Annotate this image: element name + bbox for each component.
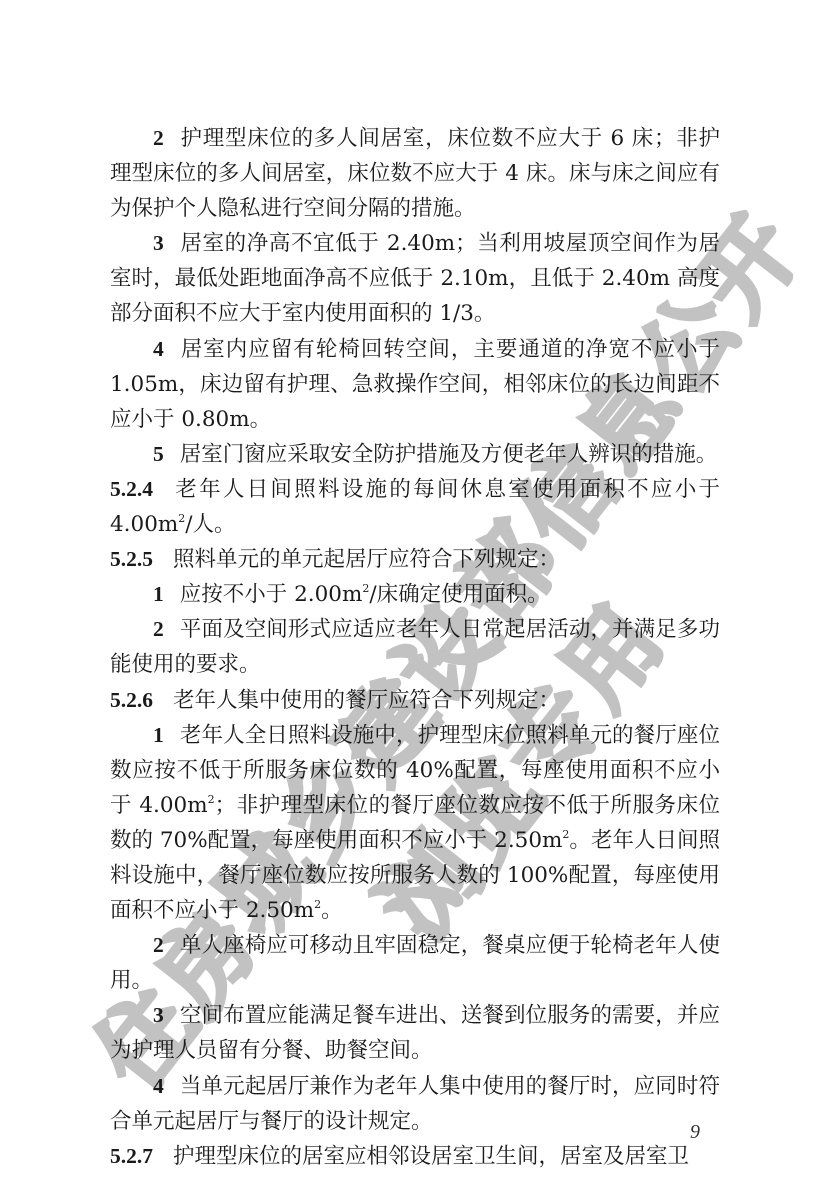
superscript: 2 xyxy=(208,793,215,806)
item-number: 2 xyxy=(153,617,164,641)
item-number: 3 xyxy=(153,1003,164,1027)
clause-number: 5.2.4 xyxy=(110,477,153,501)
clause-number: 5.2.6 xyxy=(110,688,153,712)
item-number: 3 xyxy=(153,231,164,255)
item-text: 平面及空间形式应适应老年人日常起居活动，并满足多功能使用的要求。 xyxy=(110,617,720,677)
clause-text: 护理型床位的居室应相邻设居室卫生间，居室及居室卫 xyxy=(173,1144,689,1169)
item-3-layout: 3空间布置应能满足餐车进出、送餐到位服务的需要，并应为护理人员留有分餐、助餐空间… xyxy=(110,998,720,1068)
item-text: 居室内应留有轮椅回转空间，主要通道的净宽不应小于 1.05m，床边留有护理、急救… xyxy=(110,337,720,432)
clause-text: 老年人集中使用的餐厅应符合下列规定： xyxy=(173,688,560,713)
clause-number: 5.2.5 xyxy=(110,547,153,571)
document-page: 住房城乡建设部信息公开 浏览专用 2护理型床位的多人间居室，床位数不应大于 6 … xyxy=(0,0,827,1198)
clause-number: 5.2.7 xyxy=(110,1144,153,1168)
clause-5-2-4: 5.2.4老年人日间照料设施的每间休息室使用面积不应小于 4.00m2/人。 xyxy=(110,472,720,542)
item-1-living-area: 1应按不小于 2.00m2/床确定使用面积。 xyxy=(110,577,720,612)
page-number: 9 xyxy=(690,1121,700,1144)
item-text: 护理型床位的多人间居室，床位数不应大于 6 床；非护理型床位的多人间居室，床位数… xyxy=(110,126,720,221)
item-5-door-window: 5居室门窗应采取安全防护措施及方便老年人辨识的措施。 xyxy=(110,437,720,472)
item-text: 应按不小于 2.00m xyxy=(180,582,363,607)
item-number: 2 xyxy=(153,933,164,957)
item-text: 空间布置应能满足餐车进出、送餐到位服务的需要，并应为护理人员留有分餐、助餐空间。 xyxy=(110,1003,720,1063)
body-text: 2护理型床位的多人间居室，床位数不应大于 6 床；非护理型床位的多人间居室，床位… xyxy=(110,121,720,1174)
item-text: 单人座椅应可移动且牢固稳定，餐桌应便于轮椅老年人使用。 xyxy=(110,933,720,993)
item-text: 居室门窗应采取安全防护措施及方便老年人辨识的措施。 xyxy=(180,442,718,467)
clause-5-2-6: 5.2.6老年人集中使用的餐厅应符合下列规定： xyxy=(110,683,720,718)
item-4-wheelchair-space: 4居室内应留有轮椅回转空间，主要通道的净宽不应小于 1.05m，床边留有护理、急… xyxy=(110,332,720,437)
item-text: 当单元起居厅兼作为老年人集中使用的餐厅时，应同时符合单元起居厅与餐厅的设计规定。 xyxy=(110,1074,720,1134)
clause-text: 照料单元的单元起居厅应符合下列规定： xyxy=(173,547,560,572)
item-3-room-height: 3居室的净高不宜低于 2.40m；当利用坡屋顶空间作为居室时，最低处距地面净高不… xyxy=(110,226,720,331)
item-text: 居室的净高不宜低于 2.40m；当利用坡屋顶空间作为居室时，最低处距地面净高不应… xyxy=(110,231,720,326)
item-2-chairs: 2单人座椅应可移动且牢固稳定，餐桌应便于轮椅老年人使用。 xyxy=(110,928,720,998)
item-number: 2 xyxy=(153,126,164,150)
item-2-living-form: 2平面及空间形式应适应老年人日常起居活动，并满足多功能使用的要求。 xyxy=(110,612,720,682)
item-number: 1 xyxy=(153,723,164,747)
clause-5-2-5: 5.2.5照料单元的单元起居厅应符合下列规定： xyxy=(110,542,720,577)
item-4-combined-use: 4当单元起居厅兼作为老年人集中使用的餐厅时，应同时符合单元起居厅与餐厅的设计规定… xyxy=(110,1069,720,1139)
item-number: 4 xyxy=(153,337,164,361)
item-number: 5 xyxy=(153,442,164,466)
clause-5-2-7: 5.2.7护理型床位的居室应相邻设居室卫生间，居室及居室卫 xyxy=(110,1139,720,1174)
item-text-tail: /床确定使用面积。 xyxy=(369,582,548,607)
item-number: 4 xyxy=(153,1074,164,1098)
item-text: 。 xyxy=(321,898,343,923)
item-number: 1 xyxy=(153,582,164,606)
item-2-bed-count: 2护理型床位的多人间居室，床位数不应大于 6 床；非护理型床位的多人间居室，床位… xyxy=(110,121,720,226)
clause-text-tail: /人。 xyxy=(185,512,235,537)
item-1-dining-seats: 1老年人全日照料设施中，护理型床位照料单元的餐厅座位数应按不低于所服务床位数的 … xyxy=(110,718,720,929)
